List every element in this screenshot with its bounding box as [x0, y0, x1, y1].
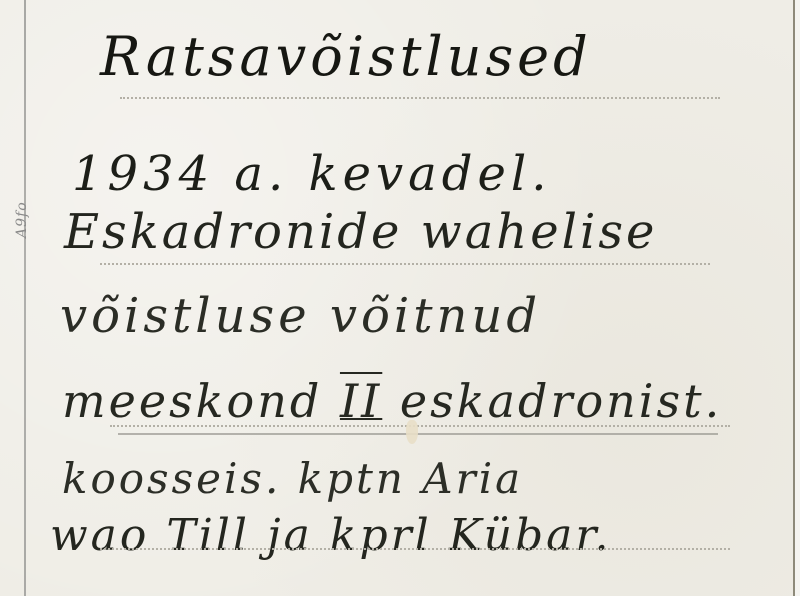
- squadron-roman-numeral: II: [340, 374, 382, 428]
- margin-line: [24, 0, 26, 596]
- ruled-dotted-line: [100, 548, 730, 550]
- text-line-2: Eskadronide wahelise: [64, 208, 657, 256]
- card-title: Ratsavõistlused: [100, 30, 592, 84]
- text-line-6: wao Till ja kprl Kübar.: [50, 514, 612, 558]
- card-edge: [795, 0, 800, 596]
- ruled-dotted-line: [120, 97, 720, 99]
- team-word: meeskond: [62, 374, 322, 428]
- text-line-3: võistluse võitnud: [60, 292, 541, 340]
- text-line-4: meeskond II eskadronist.: [62, 378, 722, 424]
- text-line-5: koosseis. kptn Aria: [62, 458, 523, 500]
- ruled-dotted-line: [100, 263, 710, 265]
- squadron-word: eskadronist.: [400, 374, 722, 428]
- tape-fragment: [406, 420, 418, 444]
- margin-pencil-note: A9fo: [14, 178, 38, 238]
- ruled-dotted-line: [110, 425, 730, 427]
- ruled-solid-line: [118, 433, 718, 435]
- archive-card: A9fo Ratsavõistlused 1934 a. kevadel. Es…: [0, 0, 795, 596]
- text-line-1: 1934 a. kevadel.: [72, 150, 552, 198]
